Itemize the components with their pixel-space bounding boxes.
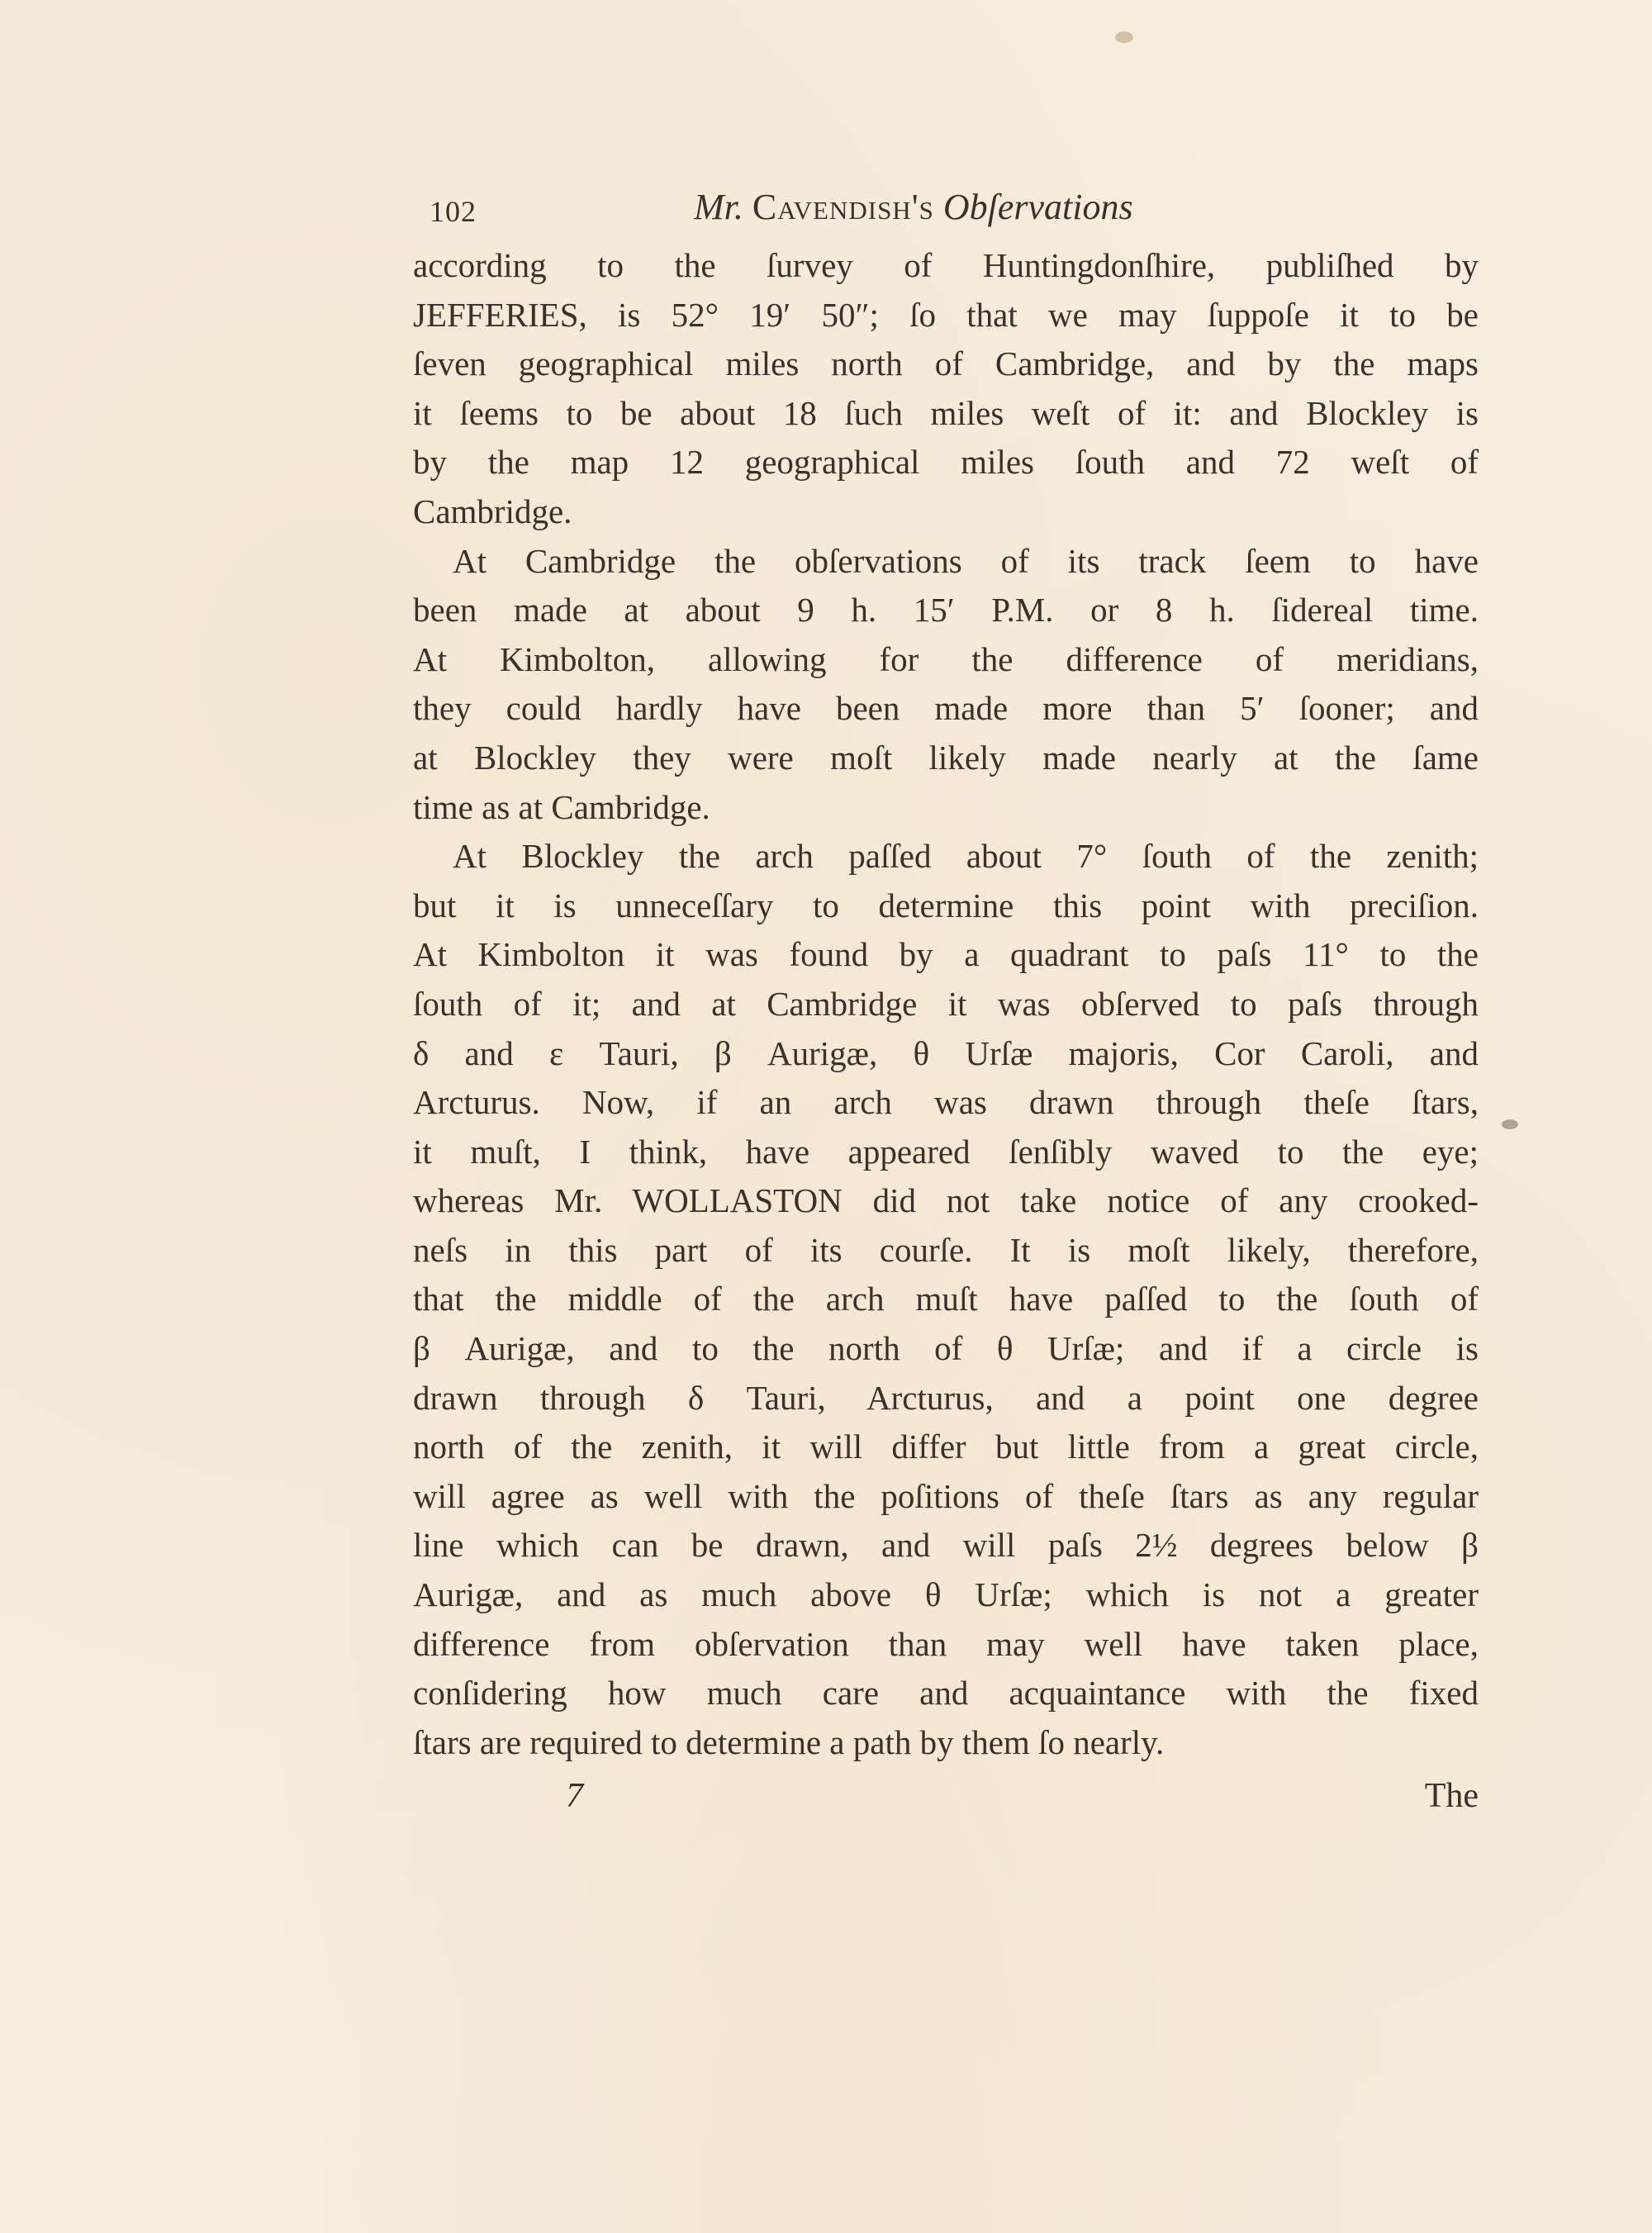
text-line: At Kimbolton it was found by a quadrant …: [413, 930, 1479, 980]
page-header: 102 Mr. Cavendish's Obſervations: [430, 186, 1479, 235]
text-line: but it is unneceſſary to determine this …: [413, 881, 1479, 931]
text-line: At Kimbolton, allowing for the differenc…: [413, 635, 1479, 685]
text-line: drawn through δ Tauri, Arcturus, and a p…: [413, 1374, 1479, 1423]
running-head-name: Cavendish's: [752, 187, 934, 227]
text-line: Arcturus. Now, if an arch was drawn thro…: [413, 1078, 1479, 1128]
text-line: conſidering how much care and acquaintan…: [413, 1669, 1479, 1718]
paper-stain: [1502, 1119, 1518, 1129]
catchword: The: [1425, 1776, 1479, 1816]
text-line: ſtars are required to determine a path b…: [413, 1718, 1479, 1768]
text-line: ſouth of it; and at Cambridge it was obſ…: [413, 980, 1479, 1029]
signature-mark: 7: [566, 1776, 583, 1816]
text-line: difference from obſervation than may wel…: [413, 1620, 1479, 1670]
page-number: 102: [430, 194, 477, 229]
text-line: will agree as well with the poſitions of…: [413, 1472, 1479, 1522]
text-line: at Blockley they were moſt likely made n…: [413, 734, 1479, 783]
running-head-suffix: Obſervations: [943, 187, 1133, 227]
text-line: Aurigæ, and as much above θ Urſæ; which …: [413, 1570, 1479, 1620]
text-line: whereas Mr. WOLLASTON did not take notic…: [413, 1176, 1479, 1226]
body-text: according to the ſurvey of Huntingdonſhi…: [413, 241, 1479, 1767]
text-line: At Cambridge the obſervations of its tra…: [413, 537, 1479, 587]
running-head: Mr. Cavendish's Obſervations: [694, 186, 1133, 228]
page-footer: 7 The: [413, 1776, 1479, 1826]
book-page: 102 Mr. Cavendish's Obſervations accordi…: [0, 0, 1652, 2233]
text-line: it muſt, I think, have appeared ſenſibly…: [413, 1128, 1479, 1177]
text-line: according to the ſurvey of Huntingdonſhi…: [413, 241, 1479, 291]
text-line: neſs in this part of its courſe. It is m…: [413, 1226, 1479, 1276]
text-line: JEFFERIES, is 52° 19′ 50″; ſo that we ma…: [413, 291, 1479, 340]
paper-stain: [1115, 31, 1133, 43]
text-line: north of the zenith, it will differ but …: [413, 1423, 1479, 1472]
running-head-prefix: Mr.: [694, 187, 743, 227]
text-line: time as at Cambridge.: [413, 783, 1479, 833]
text-line: that the middle of the arch muſt have pa…: [413, 1275, 1479, 1324]
text-line: been made at about 9 h. 15′ P.M. or 8 h.…: [413, 586, 1479, 635]
text-line: they could hardly have been made more th…: [413, 684, 1479, 734]
text-line: line which can be drawn, and will paſs 2…: [413, 1521, 1479, 1570]
text-line: β Aurigæ, and to the north of θ Urſæ; an…: [413, 1324, 1479, 1374]
text-line: At Blockley the arch paſſed about 7° ſou…: [413, 832, 1479, 881]
text-line: δ and ε Tauri, β Aurigæ, θ Urſæ majoris,…: [413, 1029, 1479, 1079]
text-line: ſeven geographical miles north of Cambri…: [413, 340, 1479, 389]
text-line: by the map 12 geographical miles ſouth a…: [413, 438, 1479, 487]
text-line: Cambridge.: [413, 487, 1479, 537]
text-line: it ſeems to be about 18 ſuch miles weſt …: [413, 389, 1479, 439]
